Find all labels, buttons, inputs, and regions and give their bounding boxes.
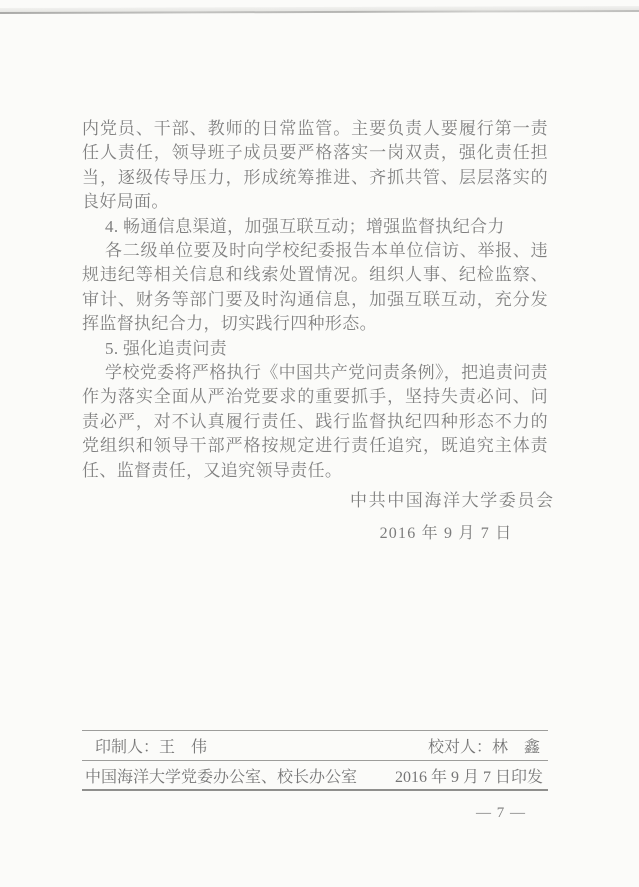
proofreader-name: 校对人：林 鑫 [428, 734, 540, 757]
footer-row-personnel: 印制人：王 伟 校对人：林 鑫 [82, 731, 548, 761]
body-paragraph-continuation: 内党员、干部、教师的日常监管。主要负责人要履行第一责任人责任，领导班子成员要严格… [82, 117, 548, 215]
scanned-document-page: { "theme": { "paper_color": "#fbfbf9", "… [0, 0, 639, 887]
section-heading-5: 5. 强化追责问责 [82, 337, 548, 361]
page-number: — 7 — [476, 805, 526, 822]
body-paragraph-section-5: 学校党委将严格执行《中国共产党问责条例》，把追责问责作为落实全面从严治党要求的重… [82, 361, 548, 483]
printer-name: 印制人：王 伟 [95, 734, 207, 757]
document-body: 内党员、干部、教师的日常监管。主要负责人要履行第一责任人责任，领导班子成员要严格… [82, 117, 548, 483]
footer-row-issuance: 中国海洋大学党委办公室、校长办公室 2016 年 9 月 7 日印发 [82, 761, 548, 791]
signature-date: 2016 年 9 月 7 日 [350, 520, 542, 543]
signature-block: 中共中国海洋大学委员会 2016 年 9 月 7 日 [350, 486, 542, 543]
document-footer: 印制人：王 伟 校对人：林 鑫 中国海洋大学党委办公室、校长办公室 2016 年… [82, 730, 548, 791]
body-paragraph-section-4: 各二级单位要及时向学校纪委报告本单位信访、举报、违规违纪等相关信息和线索处置情况… [82, 239, 548, 337]
issue-date: 2016 年 9 月 7 日印发 [395, 764, 543, 787]
issuing-offices: 中国海洋大学党委办公室、校长办公室 [85, 764, 357, 787]
signing-committee: 中共中国海洋大学委员会 [350, 486, 542, 511]
section-heading-4: 4. 畅通信息渠道，加强互联互动；增强监督执纪合力 [82, 215, 548, 239]
